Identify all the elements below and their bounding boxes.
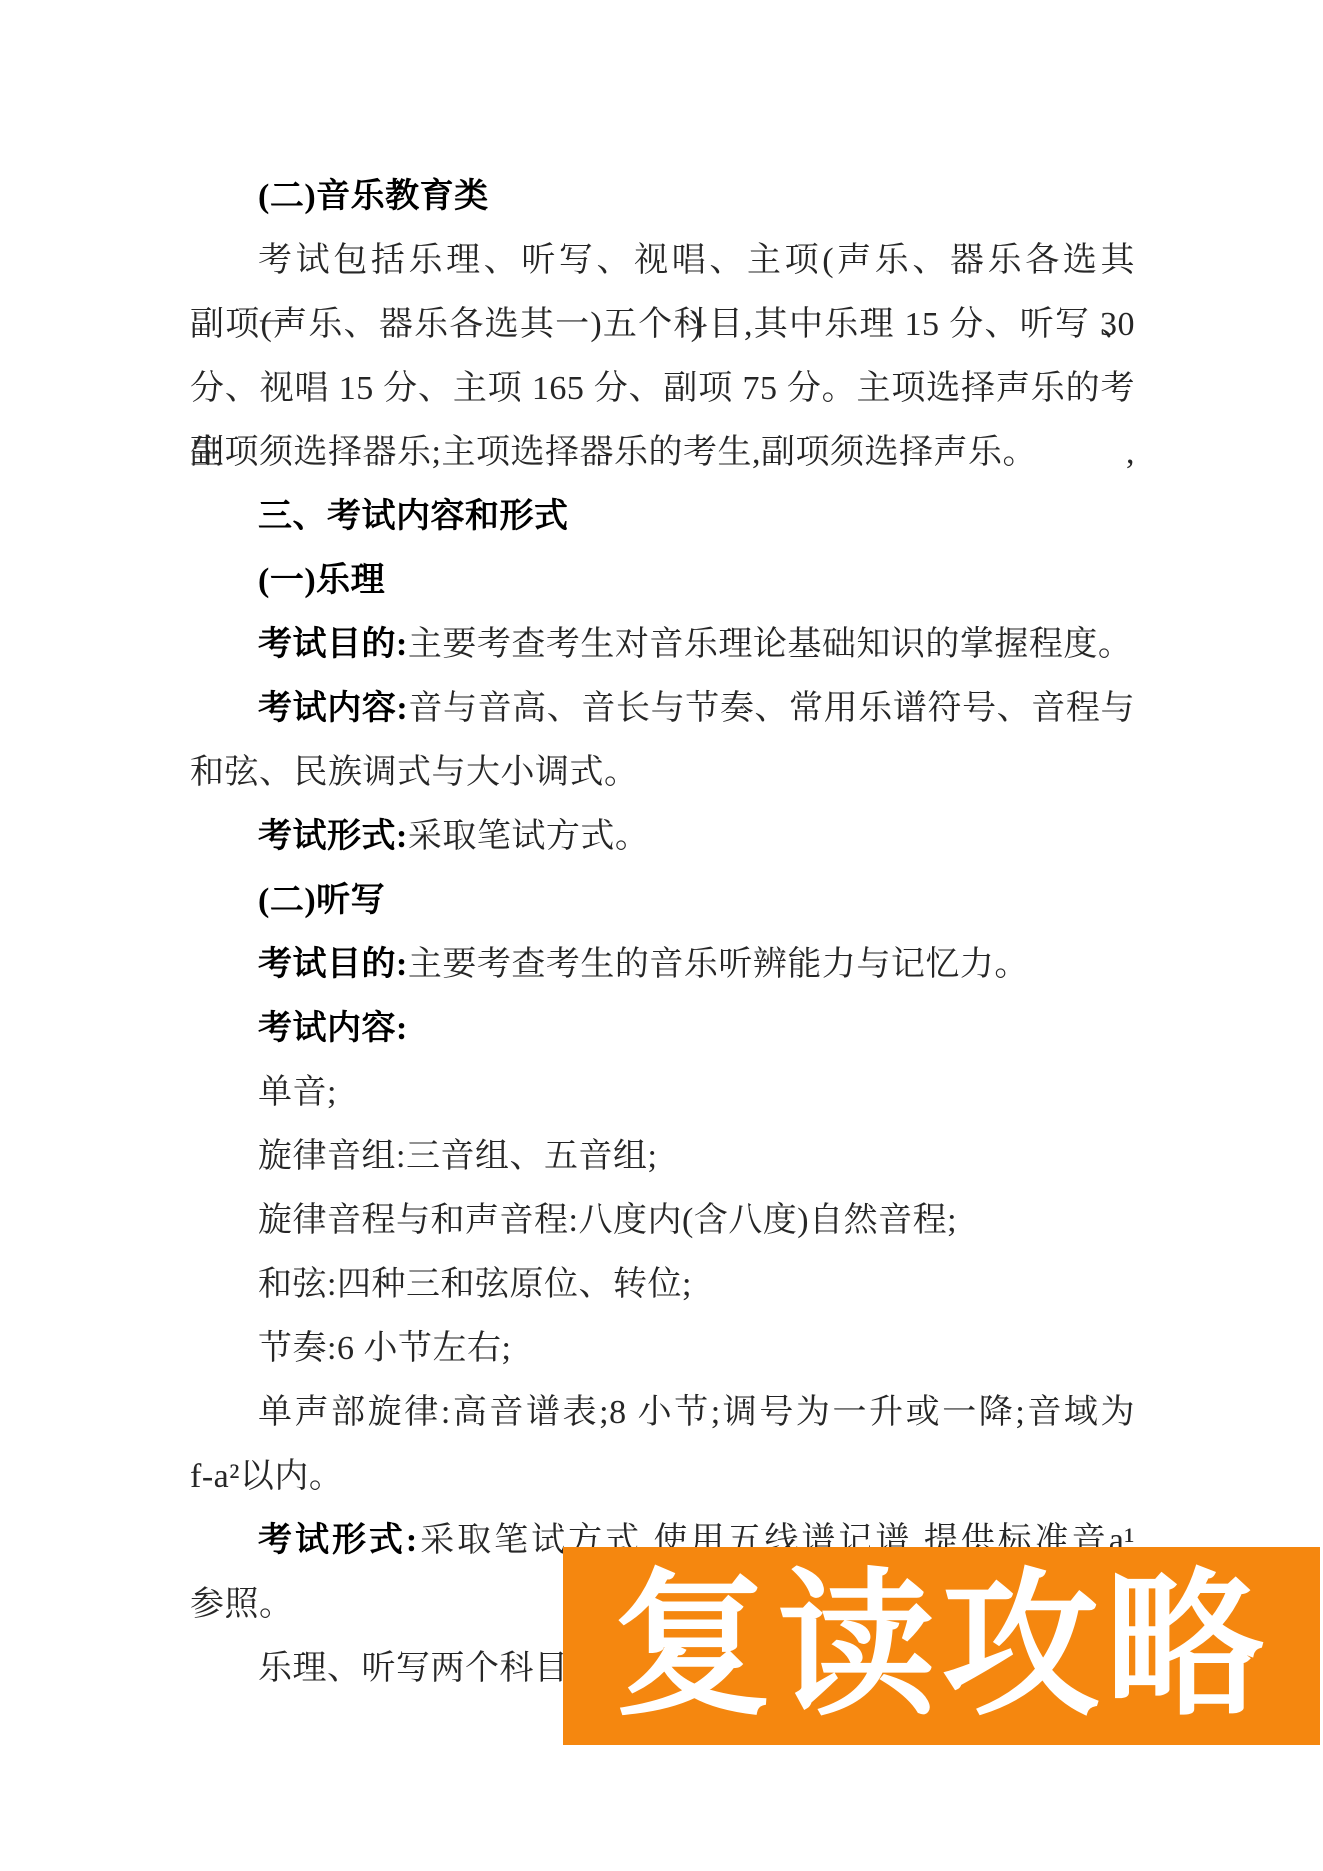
- line-text: 副项须选择器乐;主项选择器乐的考生,副项须选择声乐。: [190, 434, 1037, 471]
- line-label: 考试形式:: [258, 818, 408, 855]
- doc-line: 三、考试内容和形式: [190, 485, 1135, 549]
- doc-line: 考试目的:主要考查考生对音乐理论基础知识的掌握程度。: [190, 613, 1135, 677]
- doc-line: 节奏:6 小节左右;: [190, 1317, 1135, 1381]
- line-label: 考试形式:: [258, 1522, 418, 1559]
- line-text: 单声部旋律:高音谱表;8 小节;调号为一升或一降;音域为: [258, 1394, 1135, 1431]
- watermark-banner: 复读攻略: [563, 1547, 1320, 1745]
- line-label: (二)音乐教育类: [258, 178, 489, 215]
- line-label: 考试目的:: [258, 946, 408, 983]
- doc-line: 考试形式:采取笔试方式。: [190, 805, 1135, 869]
- line-text: 乐理、听写两个科目合: [258, 1650, 603, 1687]
- doc-line: 单声部旋律:高音谱表;8 小节;调号为一升或一降;音域为: [190, 1381, 1135, 1445]
- document-page: (二)音乐教育类 考试包括乐理、听写、视唱、主项(声乐、器乐各选其一)、 副项(…: [0, 0, 1323, 1871]
- line-text: f-a²以内。: [190, 1458, 343, 1495]
- doc-line: (二)音乐教育类: [190, 165, 1135, 229]
- line-text: 采取笔试方式。: [408, 818, 650, 855]
- line-label: (一)乐理: [258, 562, 385, 599]
- line-label: 考试内容:: [258, 690, 408, 727]
- line-text: 主要考查考生对音乐理论基础知识的掌握程度。: [408, 626, 1133, 663]
- line-label: (二)听写: [258, 882, 385, 919]
- line-text: 单音;: [258, 1074, 337, 1111]
- doc-line: 考试内容:音与音高、音长与节奏、常用乐谱符号、音程与: [190, 677, 1135, 741]
- doc-line: 和弦、民族调式与大小调式。: [190, 741, 1135, 805]
- line-text: 旋律音组:三音组、五音组;: [258, 1138, 657, 1175]
- line-text: 旋律音程与和声音程:八度内(含八度)自然音程;: [258, 1202, 957, 1239]
- doc-line: 和弦:四种三和弦原位、转位;: [190, 1253, 1135, 1317]
- doc-line: 副项须选择器乐;主项选择器乐的考生,副项须选择声乐。: [190, 421, 1135, 485]
- doc-line: 考试包括乐理、听写、视唱、主项(声乐、器乐各选其一)、: [190, 229, 1135, 293]
- doc-line: 考试目的:主要考查考生的音乐听辨能力与记忆力。: [190, 933, 1135, 997]
- document-body: (二)音乐教育类 考试包括乐理、听写、视唱、主项(声乐、器乐各选其一)、 副项(…: [190, 165, 1135, 1701]
- line-text: 参照。: [190, 1586, 294, 1623]
- doc-line: 旋律音程与和声音程:八度内(含八度)自然音程;: [190, 1189, 1135, 1253]
- doc-line: 副项(声乐、器乐各选其一)五个科目,其中乐理 15 分、听写 30: [190, 293, 1135, 357]
- doc-line: (一)乐理: [190, 549, 1135, 613]
- line-text: 节奏:6 小节左右;: [258, 1330, 511, 1367]
- watermark-text: 复读攻略: [614, 1547, 1270, 1745]
- line-label: 考试内容:: [258, 1010, 408, 1047]
- doc-line: 考试内容:: [190, 997, 1135, 1061]
- line-label: 三、考试内容和形式: [258, 498, 569, 535]
- doc-line: 旋律音组:三音组、五音组;: [190, 1125, 1135, 1189]
- doc-line: 分、视唱 15 分、主项 165 分、副项 75 分。主项选择声乐的考生,: [190, 357, 1135, 421]
- line-text: 主要考查考生的音乐听辨能力与记忆力。: [408, 946, 1029, 983]
- line-text: 和弦:四种三和弦原位、转位;: [258, 1266, 692, 1303]
- line-text: 音与音高、音长与节奏、常用乐谱符号、音程与: [408, 690, 1135, 727]
- doc-line: (二)听写: [190, 869, 1135, 933]
- line-text: 副项(声乐、器乐各选其一)五个科目,其中乐理 15 分、听写 30: [190, 306, 1135, 343]
- doc-line: f-a²以内。: [190, 1445, 1135, 1509]
- line-label: 考试目的:: [258, 626, 408, 663]
- line-text: 和弦、民族调式与大小调式。: [190, 754, 639, 791]
- doc-line: 单音;: [190, 1061, 1135, 1125]
